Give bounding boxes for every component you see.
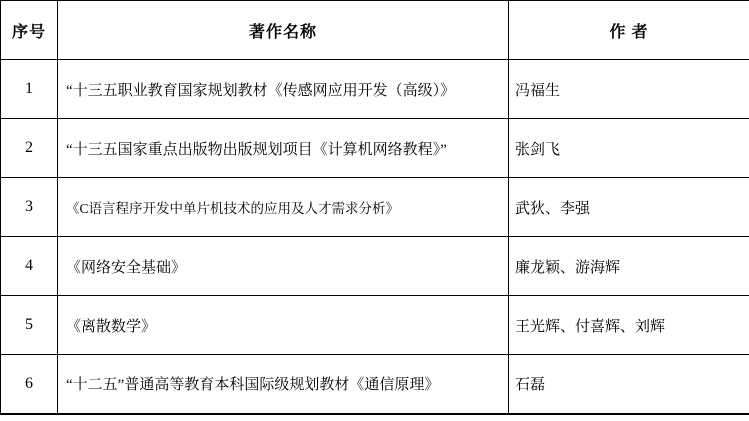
table-row: 2 “十三五国家重点出版物出版规划项目《计算机网络教程》” 张剑飞 — [1, 119, 749, 178]
header-cell-title: 著作名称 — [58, 1, 509, 60]
table-row: 4 《网络安全基础》 廉龙颖、游海辉 — [1, 237, 749, 296]
work-title: 《网络安全基础》 — [58, 237, 509, 296]
row-index: 5 — [1, 296, 58, 355]
work-title: “十三五职业教育国家规划教材《传感网应用开发（高级）》 — [58, 60, 509, 119]
work-title: 《C语言程序开发中单片机技术的应用及人才需求分析》 — [58, 178, 509, 237]
row-index: 1 — [1, 60, 58, 119]
table-row: 5 《离散数学》 王光辉、付喜辉、刘辉 — [1, 296, 749, 355]
header-cell-index: 序号 — [1, 1, 58, 60]
work-author: 石磊 — [509, 355, 749, 414]
work-author: 冯福生 — [509, 60, 749, 119]
work-title: “十三五国家重点出版物出版规划项目《计算机网络教程》” — [58, 119, 509, 178]
publications-table: 序号 著作名称 作 者 1 “十三五职业教育国家规划教材《传感网应用开发（高级）… — [0, 0, 749, 415]
row-index: 6 — [1, 355, 58, 414]
row-index: 3 — [1, 178, 58, 237]
work-author: 廉龙颖、游海辉 — [509, 237, 749, 296]
work-author: 武狄、李强 — [509, 178, 749, 237]
row-index: 4 — [1, 237, 58, 296]
table-row: 6 “十二五”普通高等教育本科国际级规划教材《通信原理》 石磊 — [1, 355, 749, 414]
work-author: 张剑飞 — [509, 119, 749, 178]
table-row: 1 “十三五职业教育国家规划教材《传感网应用开发（高级）》 冯福生 — [1, 60, 749, 119]
header-row: 序号 著作名称 作 者 — [1, 1, 749, 60]
work-author: 王光辉、付喜辉、刘辉 — [509, 296, 749, 355]
header-cell-author: 作 者 — [509, 1, 749, 60]
row-index: 2 — [1, 119, 58, 178]
work-title: 《离散数学》 — [58, 296, 509, 355]
table-row: 3 《C语言程序开发中单片机技术的应用及人才需求分析》 武狄、李强 — [1, 178, 749, 237]
work-title: “十二五”普通高等教育本科国际级规划教材《通信原理》 — [58, 355, 509, 414]
